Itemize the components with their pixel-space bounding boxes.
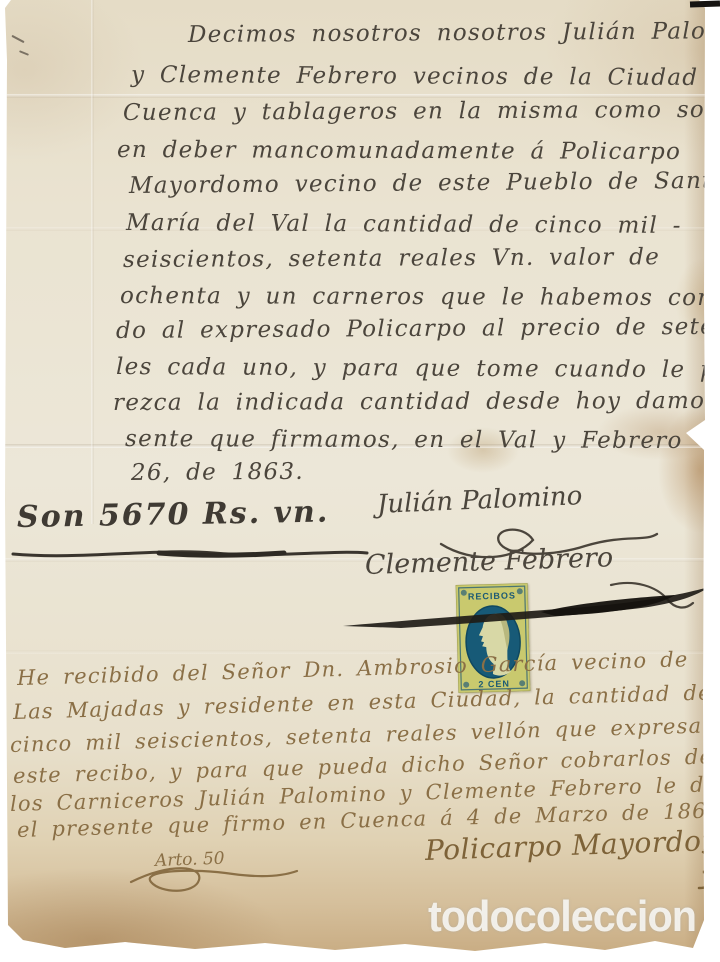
manuscript-line: en deber mancomunadamente á Policarpo bbox=[117, 137, 681, 165]
manuscript-line: sente que firmamos, en el Val y Febrero bbox=[125, 426, 683, 454]
manuscript-line: do al expresado Policarpo al precio de s… bbox=[116, 313, 720, 344]
signature-rubric bbox=[683, 848, 720, 892]
manuscript-line: ochenta y un carneros que le habemos com… bbox=[120, 283, 720, 311]
manuscript-line: María del Val la cantidad de cinco mil - bbox=[126, 210, 682, 239]
fold-crease-vertical bbox=[91, 0, 94, 524]
signature-clemente-febrero: Clemente Febrero bbox=[365, 542, 614, 581]
ink-speck bbox=[11, 35, 24, 43]
manuscript-line: les cada uno, y para que tome cuando le … bbox=[116, 354, 720, 383]
underline-flourish bbox=[9, 544, 375, 564]
amount-note: Son 5670 Rs. vn. bbox=[17, 495, 330, 535]
manuscript-line: Cuenca y tablageros en la misma como som… bbox=[123, 97, 720, 126]
ink-cancellation bbox=[341, 584, 715, 632]
signature-julian-palomino: Julián Palomino bbox=[376, 481, 583, 520]
manuscript-line: 26, de 1863. bbox=[131, 459, 304, 486]
document-photo: Decimos nosotros nosotros Julián Palomin… bbox=[0, 0, 720, 962]
manuscript-line: seiscientos, setenta reales Vn. valor de bbox=[123, 244, 660, 273]
ink-speck bbox=[19, 50, 29, 56]
signature-policarpo-mayordomo: Policarpo Mayordomo bbox=[424, 823, 720, 867]
manuscript-paper: Decimos nosotros nosotros Julián Palomin… bbox=[5, 0, 705, 952]
manuscript-line: Mayordomo vecino de este Pueblo de Santa bbox=[129, 168, 720, 199]
watermark: todocoleccion bbox=[428, 892, 696, 942]
ink-mark bbox=[690, 0, 720, 7]
rubric-flourish bbox=[111, 860, 303, 904]
manuscript-line: y Clemente Febrero vecinos de la Ciudad … bbox=[131, 62, 720, 91]
manuscript-line: Decimos nosotros nosotros Julián Palomin… bbox=[188, 18, 720, 48]
manuscript-line: rezca la indicada cantidad desde hoy dam… bbox=[113, 388, 720, 416]
